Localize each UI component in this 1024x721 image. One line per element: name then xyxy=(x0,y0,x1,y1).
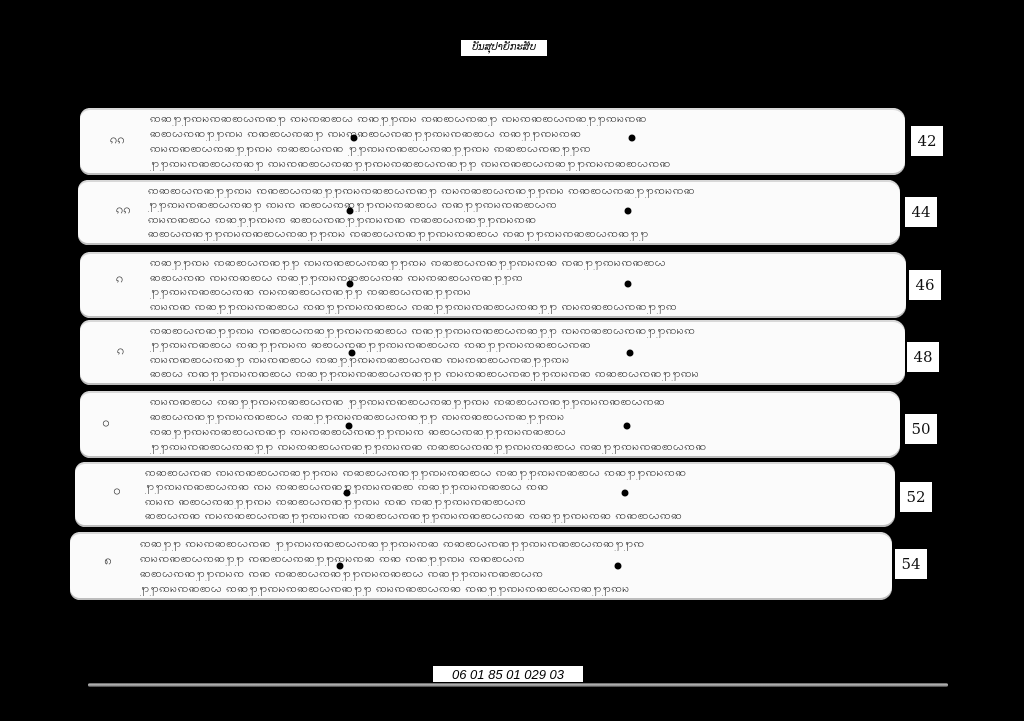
leaf-text-line: ꩣꩧꩬ ꩡꩣꩭꩭꩡꩢꩡꩣꩧꩬ ꩡꩣꩭꩭꩡꩢꩡꩣꩧꩬꩡꩣꩭꩭ ꩡꩢꩡꩣꩧꩬꩡꩣꩭꩭ… xyxy=(150,367,895,381)
page-number-label: 54 xyxy=(895,549,927,579)
binding-hole-icon xyxy=(629,135,636,142)
leaf-text-line: ꩭꩭꩡꩢꩡꩣꩧꩬꩡꩣꩭ ꩡꩢꩡ ꩣꩧꩬꩡꩣꩭꩭꩡꩢꩡꩣꩧꩬ ꩡꩣꩭꩭꩡꩢꩡꩣꩧꩬ… xyxy=(148,198,890,212)
leaf-text-line: ꩡꩣꩭꩭꩡꩢ ꩡꩣꩧꩬꩡꩣꩭꩭ ꩡꩢꩡꩣꩧꩬꩡꩣꩭꩭꩡꩢ ꩡꩣꩧꩬꩡꩣꩭꩭꩡꩢꩡ… xyxy=(150,256,896,270)
page-number-label: 50 xyxy=(905,414,937,444)
leaf-margin-numeral: ၵ xyxy=(116,271,123,290)
leaf-text-block: ꩡꩢꩡꩣꩧꩬ ꩡꩣꩭꩭꩡꩢꩡꩣꩧꩬꩡꩣ ꩭꩭꩡꩢꩡꩣꩧꩬꩡꩣꩭꩭꩡꩢ ꩡꩣꩧꩬꩡ… xyxy=(150,395,890,454)
leaf-text-line: ꩣꩧꩬꩡꩣꩭꩭꩡꩢꩡꩣꩧꩬ ꩡꩣꩭꩭꩡꩢꩡꩣꩧꩬꩡꩣꩭꩭ ꩡꩢꩡꩣꩧꩬꩡꩣꩭꩭꩡ… xyxy=(150,410,890,424)
palm-leaf-page-48: ၵ ꩡꩣꩧꩬꩡꩣꩭꩭꩡꩢ ꩡꩣꩧꩬꩡꩣꩭꩭꩡꩢꩡꩣꩧꩬ ꩡꩣꩭꩭꩡꩢꩡꩣꩧꩬꩡꩣ… xyxy=(80,320,905,385)
leaf-text-block: ꩡꩣꩭꩭꩡꩢꩡꩣꩧꩬꩡꩣꩭ ꩡꩢꩡꩣꩧꩬ ꩡꩣꩭꩭꩡꩢ ꩡꩣꩧꩬꩡꩣꩭ ꩡꩢꩡꩣ… xyxy=(150,112,895,171)
leaf-text-line: ꩡꩢꩡꩣ ꩡꩣꩭꩭꩡꩢꩡꩣꩧꩬ ꩡꩣꩭꩭꩡꩢꩡꩣꩧꩬ ꩡꩣꩭꩭꩡꩢꩡꩣꩧꩬꩡꩣꩭ… xyxy=(150,300,896,314)
binding-hole-icon xyxy=(624,423,631,430)
leaf-text-block: ꩡꩣꩭꩭ ꩡꩢꩡꩣꩧꩬꩡꩣ ꩭꩭꩡꩢꩡꩣꩧꩬꩡꩣꩭꩭꩡꩢꩡꩣ ꩡꩣꩧꩬꩡꩣꩭꩭꩡ… xyxy=(140,536,882,596)
leaf-text-block: ꩡꩣꩧꩬꩡꩣ ꩡꩢꩡꩣꩧꩬꩡꩣꩭꩭꩡꩢ ꩡꩣꩧꩬꩡꩣꩭꩭꩡꩢꩡꩣꩧꩬ ꩡꩣꩭꩭꩡ… xyxy=(145,466,885,523)
leaf-text-line: ꩡꩣꩭꩭꩡꩢꩡꩣꩧꩬꩡꩣꩭ ꩡꩢꩡꩣꩧꩬ ꩡꩣꩭꩭꩡꩢ ꩡꩣꩧꩬꩡꩣꩭ ꩡꩢꩡꩣ… xyxy=(150,112,895,126)
leaf-margin-numeral: ဝ xyxy=(113,483,120,502)
leaf-text-line: ꩣꩧꩬꩡꩣꩭꩭꩡꩢꩡꩣꩧꩬꩡꩣꩭꩭꩡꩢ ꩡꩣꩧꩬꩡꩣꩭꩭꩡꩢꩡꩣꩧꩬ ꩡꩣꩭꩭꩡ… xyxy=(148,227,890,241)
leaf-text-block: ꩡꩣꩧꩬꩡꩣꩭꩭꩡꩢ ꩡꩣꩧꩬꩡꩣꩭꩭꩡꩢꩡꩣꩧꩬ ꩡꩣꩭꩭꩡꩢꩡꩣꩧꩬꩡꩣꩭꩭ… xyxy=(150,324,895,381)
binding-hole-icon xyxy=(347,281,354,288)
leaf-text-line: ꩭꩭꩡꩢꩡꩣꩧꩬ ꩡꩣꩭꩭꩡꩢꩡꩣꩧꩬꩡꩣꩭꩭ ꩡꩢꩡꩣꩧꩬꩡꩣ ꩡꩣꩭꩭꩡꩢꩡ… xyxy=(140,582,882,596)
binding-hole-icon xyxy=(351,135,358,142)
leaf-text-block: ꩡꩣꩭꩭꩡꩢ ꩡꩣꩧꩬꩡꩣꩭꩭ ꩡꩢꩡꩣꩧꩬꩡꩣꩭꩭꩡꩢ ꩡꩣꩧꩬꩡꩣꩭꩭꩡꩢꩡ… xyxy=(150,256,896,314)
binding-hole-icon xyxy=(627,350,634,357)
leaf-text-line: ꩡꩢꩡꩣꩧꩬꩡꩣꩭꩭ ꩡꩣꩧꩬꩡꩣꩭꩭꩡꩢꩡꩣ ꩡꩣ ꩡꩣꩭꩭꩡꩢ ꩡꩣꩧꩬꩡ xyxy=(140,552,882,566)
leaf-text-line: ꩡꩢꩡꩣꩧꩬꩡꩣꩭꩭꩡꩢ ꩡꩣꩧꩬꩡꩣ ꩭꩭꩡꩢꩡꩣꩧꩬꩡꩣꩭꩭꩡꩢ ꩡꩣꩧꩬꩡ… xyxy=(150,142,895,156)
leaf-text-line: ꩣꩧꩬꩡꩣ ꩡꩢꩡꩣꩧꩬ ꩡꩣꩭꩭꩡꩢꩡꩣꩧꩬꩡꩣ ꩡꩢꩡꩣꩧꩬꩡꩣꩭꩭꩡ xyxy=(150,271,896,285)
leaf-text-line: ꩡꩢꩡ ꩣꩧꩬꩡꩣꩭꩭꩡꩢ ꩡꩣꩧꩬꩡꩣꩭꩭꩡꩢ ꩡꩣ ꩡꩣꩭꩭꩡꩢꩡꩣꩧꩬꩡ xyxy=(145,495,885,509)
leaf-text-line: ꩡꩢꩡꩣꩧꩬꩡꩣꩭ ꩡꩢꩡꩣꩧꩬ ꩡꩣꩭꩭꩡꩢꩡꩣꩧꩬꩡꩣ ꩡꩢꩡꩣꩧꩬꩡꩣꩭꩭ… xyxy=(150,353,895,367)
leaf-margin-numeral: ၵ xyxy=(117,343,124,362)
palm-leaf-page-54: ၈ ꩡꩣꩭꩭ ꩡꩢꩡꩣꩧꩬꩡꩣ ꩭꩭꩡꩢꩡꩣꩧꩬꩡꩣꩭꩭꩡꩢꩡꩣ ꩡꩣꩧꩬꩡꩣꩭ… xyxy=(70,532,892,600)
leaf-text-line: ꩭꩭꩡꩢꩡꩣꩧꩬꩡꩣ ꩡꩢ ꩡꩣꩧꩬꩡꩣꩭꩭꩡꩢꩡꩣꩧ ꩡꩣꩭꩭꩡꩢꩡꩣꩧꩬ ꩡ… xyxy=(145,480,885,494)
leaf-text-line: ꩡꩣꩭꩭꩡꩢꩡꩣꩧꩬꩡꩣꩭ ꩡꩢꩡꩣꩧꩬꩡꩣꩭꩭꩡꩢꩡ ꩣꩧꩬꩡꩣꩭꩭꩡꩢꩡꩣꩧ… xyxy=(150,425,890,439)
palm-leaf-page-44: ၵၵ ꩡꩣꩧꩬꩡꩣꩭꩭꩡꩢ ꩡꩣꩧꩬꩡꩣꩭꩭꩡꩢꩡꩣꩧꩬꩡꩣꩭ ꩡꩢꩡꩣꩧꩬꩡꩣ… xyxy=(78,180,900,245)
leaf-text-line: ꩭꩭꩡꩢꩡꩣꩧꩬ ꩡꩣꩭꩭꩡꩢꩡ ꩣꩧꩬꩡꩣꩭꩭꩡꩢꩡꩣꩧꩬꩡ ꩡꩣꩭꩭꩡꩢꩡꩣ… xyxy=(150,338,895,352)
leaf-margin-numeral: ၵၵ xyxy=(116,202,131,221)
leaf-text-line: ꩡꩢꩡꩣꩧꩬ ꩡꩣꩭꩭꩡꩢꩡ ꩣꩧꩬꩡꩣꩭꩭꩡꩢꩡꩣ ꩡꩣꩧꩬꩡꩣꩭꩭꩡꩢꩡꩣ xyxy=(148,213,890,227)
leaf-text-line: ꩡꩣꩧꩬꩡꩣ ꩡꩢꩡꩣꩧꩬꩡꩣꩭꩭꩡꩢ ꩡꩣꩧꩬꩡꩣꩭꩭꩡꩢꩡꩣꩧꩬ ꩡꩣꩭꩭꩡ… xyxy=(145,466,885,480)
leaf-margin-numeral: ၈ xyxy=(104,553,111,572)
palm-leaf-page-46: ၵ ꩡꩣꩭꩭꩡꩢ ꩡꩣꩧꩬꩡꩣꩭꩭ ꩡꩢꩡꩣꩧꩬꩡꩣꩭꩭꩡꩢ ꩡꩣꩧꩬꩡꩣꩭꩭꩡ… xyxy=(80,252,906,318)
binding-hole-icon xyxy=(337,563,344,570)
leaf-margin-numeral: ဝ xyxy=(102,415,109,434)
leaf-text-line: ꩭꩭꩡꩢꩡꩣꩧꩬꩡꩣꩭ ꩡꩢꩡꩣꩧꩬꩡꩣꩭꩭꩡꩢꩡꩣꩧꩬꩡꩣꩭꩭ ꩡꩢꩡꩣꩧꩬꩡ… xyxy=(150,157,895,171)
binding-hole-icon xyxy=(625,208,632,215)
page-number-label: 46 xyxy=(909,270,941,300)
leaf-margin-numeral: ၵၵ xyxy=(110,132,125,151)
binding-hole-icon xyxy=(344,490,351,497)
leaf-text-line: ꩭꩭꩡꩢꩡꩣꩧꩬꩡꩣ ꩡꩢꩡꩣꩧꩬꩡꩣꩭꩭ ꩡꩣꩧꩬꩡꩣꩭꩭꩡꩢ xyxy=(150,285,896,299)
leaf-text-line: ꩣꩧꩬꩡꩣꩭꩭꩡꩢꩡ ꩡꩣ ꩡꩣꩧꩬꩡꩣꩭꩭꩡꩢꩡꩣꩧꩬ ꩡꩣꩭꩭꩡꩢꩡꩣꩧꩬꩡ xyxy=(140,567,882,581)
leaf-text-line: ꩣꩧꩬꩡꩣꩭꩭꩡꩢ ꩡꩣꩧꩬꩡꩣꩭ ꩡꩢꩡꩣꩧꩬꩡꩣꩭꩭꩡꩢꩡꩣꩧꩬ ꩡꩣꩭꩭꩡ… xyxy=(150,127,895,141)
catalog-number-label: 06 01 85 01 029 03 xyxy=(433,666,583,682)
palm-leaf-page-42: ၵၵ ꩡꩣꩭꩭꩡꩢꩡꩣꩧꩬꩡꩣꩭ ꩡꩢꩡꩣꩧꩬ ꩡꩣꩭꩭꩡꩢ ꩡꩣꩧꩬꩡꩣꩭ ꩡ… xyxy=(80,108,905,175)
page-number-label: 42 xyxy=(911,126,943,156)
leaf-text-line: ꩣꩧꩬꩡꩣ ꩡꩢꩡꩣꩧꩬꩡꩣꩭꩭꩡꩢꩡꩣ ꩡꩣꩧꩬꩡꩣꩭꩭꩡꩢꩡꩣꩧꩬꩡꩣ ꩡꩣ… xyxy=(145,509,885,523)
leaf-text-line: ꩡꩣꩧꩬꩡꩣꩭꩭꩡꩢ ꩡꩣꩧꩬꩡꩣꩭꩭꩡꩢꩡꩣꩧꩬꩡꩣꩭ ꩡꩢꩡꩣꩧꩬꩡꩣꩭꩭꩡ… xyxy=(148,184,890,198)
binding-hole-icon xyxy=(615,563,622,570)
binding-hole-icon xyxy=(622,490,629,497)
binding-hole-icon xyxy=(349,350,356,357)
page-number-label: 44 xyxy=(905,197,937,227)
palm-leaf-page-50: ဝ ꩡꩢꩡꩣꩧꩬ ꩡꩣꩭꩭꩡꩢꩡꩣꩧꩬꩡꩣ ꩭꩭꩡꩢꩡꩣꩧꩬꩡꩣꩭꩭꩡꩢ ꩡꩣꩧ… xyxy=(80,391,900,458)
leaf-text-line: ꩡꩣꩭꩭ ꩡꩢꩡꩣꩧꩬꩡꩣ ꩭꩭꩡꩢꩡꩣꩧꩬꩡꩣꩭꩭꩡꩢꩡꩣ ꩡꩣꩧꩬꩡꩣꩭꩭꩡ… xyxy=(140,537,882,551)
leaf-text-line: ꩡꩢꩡꩣꩧꩬ ꩡꩣꩭꩭꩡꩢꩡꩣꩧꩬꩡꩣ ꩭꩭꩡꩢꩡꩣꩧꩬꩡꩣꩭꩭꩡꩢ ꩡꩣꩧꩬꩡ… xyxy=(150,395,890,409)
scanner-edge-rule xyxy=(88,683,948,687)
leaf-text-block: ꩡꩣꩧꩬꩡꩣꩭꩭꩡꩢ ꩡꩣꩧꩬꩡꩣꩭꩭꩡꩢꩡꩣꩧꩬꩡꩣꩭ ꩡꩢꩡꩣꩧꩬꩡꩣꩭꩭꩡ… xyxy=(148,184,890,241)
leaf-text-line: ꩭꩭꩡꩢꩡꩣꩧꩬꩡꩣꩭꩭ ꩡꩢꩡꩣꩧꩬꩡꩣꩭꩭꩡꩢꩡꩣ ꩡꩣꩧꩬꩡꩣꩭꩭꩡꩢꩡꩣ… xyxy=(150,440,890,454)
palm-leaf-page-52: ဝ ꩡꩣꩧꩬꩡꩣ ꩡꩢꩡꩣꩧꩬꩡꩣꩭꩭꩡꩢ ꩡꩣꩧꩬꩡꩣꩭꩭꩡꩢꩡꩣꩧꩬ ꩡꩣꩭ… xyxy=(75,462,895,527)
leaf-text-line: ꩡꩣꩧꩬꩡꩣꩭꩭꩡꩢ ꩡꩣꩧꩬꩡꩣꩭꩭꩡꩢꩡꩣꩧꩬ ꩡꩣꩭꩭꩡꩢꩡꩣꩧꩬꩡꩣꩭꩭ… xyxy=(150,324,895,338)
binding-hole-icon xyxy=(346,423,353,430)
manuscript-title-label: ບັນສຸປາຍັກະສັບ xyxy=(461,40,547,56)
binding-hole-icon xyxy=(347,208,354,215)
page-number-label: 48 xyxy=(907,342,939,372)
page-number-label: 52 xyxy=(900,482,932,512)
binding-hole-icon xyxy=(625,281,632,288)
